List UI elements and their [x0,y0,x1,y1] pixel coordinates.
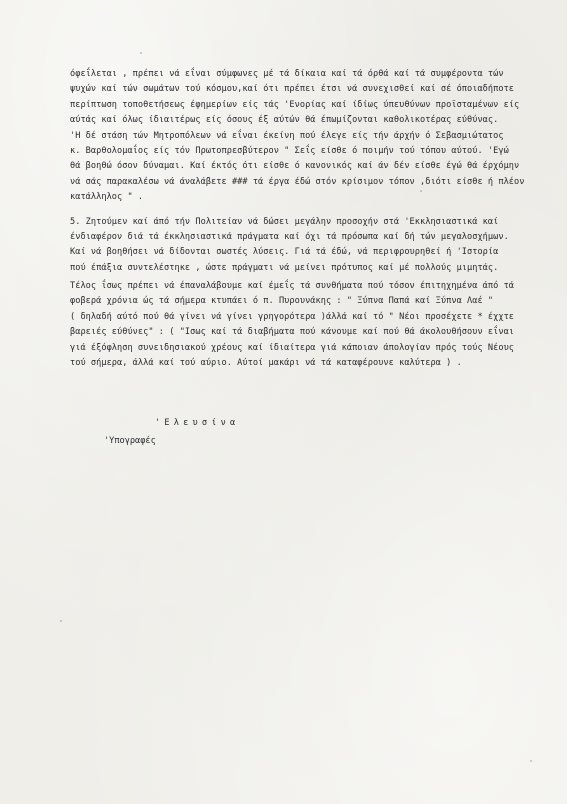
text-line: κατάλληλος " . [70,190,560,205]
text-line: τού σήμερα, άλλά καί τού αύριο. Αύτοί μα… [70,356,560,371]
paper-speck [420,190,422,192]
paragraph-1: όφεΐλεται , πρέπει νά εΐναι σύμφωνες μέ … [70,67,560,206]
text-line: ένδιαφέρον διά τά έκκλησιαστικά πράγματα… [70,230,560,245]
text-line: ψυχών καί τών σωμάτων τού κόσμου,καί ότι… [70,82,560,97]
text-line: ( δηλαδή αύτό πού θά γίνει νά γίνει γρηγ… [70,310,560,325]
text-line: Τέλος ΐσως πρέπει νά έπαναλάβουμε καί έμ… [70,279,560,294]
paper-speck [530,760,532,762]
paper-speck [60,620,62,622]
text-line: πού έπάξια συντελέστηκε , ώστε πράγματι … [70,261,560,276]
text-line: βαρειές εύθύνες" : ( "Ισως καί τά διαβήμ… [70,325,560,340]
letter-body: όφεΐλεται , πρέπει νά εΐναι σύμφωνες μέ … [70,67,560,371]
paragraph-2: 5. Ζητούμεν καί άπό τήν Πολιτείαν νά δώσ… [70,215,560,277]
text-line: θά βοηθώ όσον δύναμαι. Καί έκτός ότι είσ… [70,159,560,174]
closing-place: 'Ελευσίνα [155,418,239,428]
paragraph-spacer [70,206,560,215]
text-line: αύτάς καί όλως ίδιαιτέρως είς όσους έξ α… [70,113,560,128]
text-line: νά σάς παρακαλέσω νά άναλάβετε ### τά έρ… [70,175,560,190]
paper-speck [470,283,472,285]
text-line: φοβερά χρόνια ώς τά σήμερα κτυπάει ό π. … [70,294,560,309]
text-line: γιά έξόφληση συνειδησιακού χρέους καί ίδ… [70,341,560,356]
signatures-label: 'Υπογραφές [104,436,156,446]
paragraph-3: Τέλος ΐσως πρέπει νά έπαναλάβουμε καί έμ… [70,279,560,371]
text-line: όφεΐλεται , πρέπει νά εΐναι σύμφωνες μέ … [70,67,560,82]
text-line: 'Η δέ στάση τών Μητροπόλεων νά εΐναι έκε… [70,129,560,144]
text-line: 5. Ζητούμεν καί άπό τήν Πολιτείαν νά δώσ… [70,215,560,230]
paper-speck [140,52,142,54]
text-line: περίπτωση τοποθετήσεως έφημερίων είς τάς… [70,98,560,113]
text-line: κ. Βαρθολομαΐος είς τόν Πρωτοπρεσβύτερον… [70,144,560,159]
document-page: όφεΐλεται , πρέπει νά εΐναι σύμφωνες μέ … [0,0,567,804]
text-line: Καί νά βοηθήσει νά δίδονται σωστές λύσει… [70,245,560,260]
